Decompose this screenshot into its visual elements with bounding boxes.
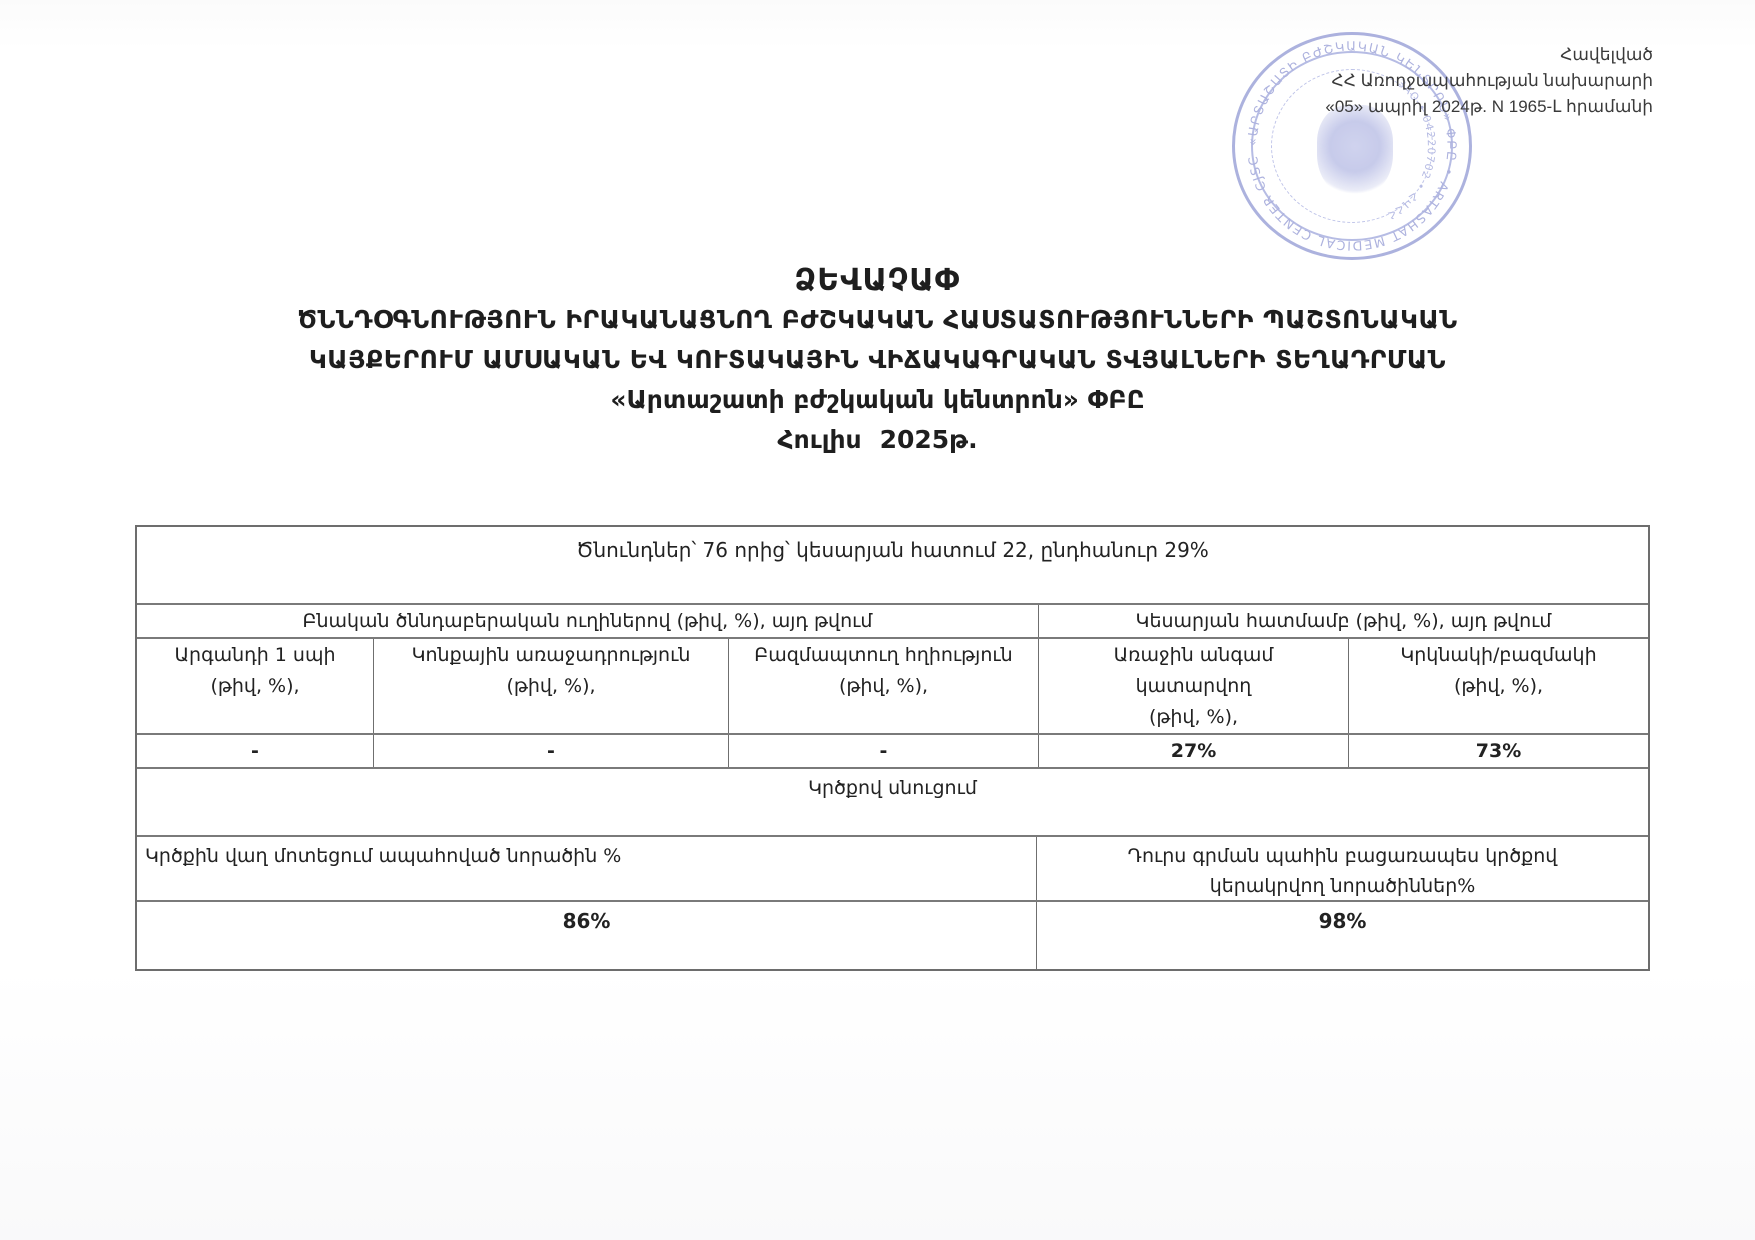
sub-header-label: Արգանդի 1 սպի: [137, 640, 373, 671]
value-first-cesarean: 27%: [1039, 735, 1349, 767]
sub-header-label: Կոնքային առաջադրություն: [374, 640, 728, 671]
approval-line-3: «05» ապրիլ 2024թ. N 1965-Լ հրամանի: [1325, 94, 1653, 120]
births-summary-row: Ծնունդներ՝ 76 որից՝ կեսարյան հատում 22, …: [137, 527, 1648, 605]
value-uterine-scar: -: [137, 735, 374, 767]
value-multiple-pregnancy: -: [729, 735, 1039, 767]
sub-header-repeat-cesarean: Կրկնակի/բազմակի (թիվ, %),: [1349, 639, 1648, 733]
breastfeeding-header-row: Կրծքին վաղ մոտեցում ապահոված նորածին % Դ…: [137, 837, 1648, 902]
sub-header-multiple-pregnancy: Բազմապտուղ հղիություն (թիվ, %),: [729, 639, 1039, 733]
value-breech: -: [374, 735, 729, 767]
report-year: 2025թ.: [880, 425, 978, 454]
sub-header-label: Բազմապտուղ հղիություն: [729, 640, 1038, 671]
sub-header-unit: (թիվ, %),: [1349, 671, 1648, 702]
sub-header-unit: (թիվ, %),: [137, 671, 373, 702]
report-month: Հուլիս: [777, 425, 861, 454]
early-contact-value: 86%: [137, 902, 1037, 969]
exclusive-header-line-1: Դուրս գրման պահին բացառապես կրծքով: [1037, 841, 1648, 871]
approval-line-2: ՀՀ Առողջապահության նախարարի: [1325, 68, 1653, 94]
values-row: - - - 27% 73%: [137, 735, 1648, 769]
births-summary-cell: Ծնունդներ՝ 76 որից՝ կեսարյան հատում 22, …: [137, 527, 1648, 603]
group-header-row: Բնական ծննդաբերական ուղիներով (թիվ, %), …: [137, 605, 1648, 639]
sub-header-uterine-scar: Արգանդի 1 սպի (թիվ, %),: [137, 639, 374, 733]
breastfeeding-title: Կրծքով սնուցում: [137, 769, 1648, 835]
statistics-table: Ծնունդներ՝ 76 որից՝ կեսարյան հատում 22, …: [135, 525, 1650, 971]
breastfeeding-title-row: Կրծքով սնուցում: [137, 769, 1648, 837]
sub-header-unit: (թիվ, %),: [1039, 702, 1348, 733]
sub-header-unit: (թիվ, %),: [374, 671, 728, 702]
sub-header-row: Արգանդի 1 սպի (թիվ, %), Կոնքային առաջադր…: [137, 639, 1648, 735]
cesarean-header: Կեսարյան հատմամբ (թիվ, %), այդ թվում: [1039, 605, 1648, 637]
document-title-block: ՁԵՎԱՉԱՓ ԾՆՆԴՕԳՆՈՒԹՅՈՒՆ ԻՐԱԿԱՆԱՑՆՈՂ ԲԺՇԿԱ…: [0, 262, 1755, 460]
title-line-1: ԾՆՆԴՕԳՆՈՒԹՅՈՒՆ ԻՐԱԿԱՆԱՑՆՈՂ ԲԺՇԿԱԿԱՆ ՀԱՍՏ…: [0, 300, 1755, 340]
approval-note: Հավելված ՀՀ Առողջապահության նախարարի «05…: [1325, 42, 1653, 120]
exclusive-breastfeeding-value: 98%: [1037, 902, 1648, 969]
exclusive-breastfeeding-header: Դուրս գրման պահին բացառապես կրծքով կերակ…: [1037, 837, 1648, 900]
early-contact-header: Կրծքին վաղ մոտեցում ապահոված նորածին %: [137, 837, 1037, 900]
value-repeat-cesarean: 73%: [1349, 735, 1648, 767]
organization-name: «Արտաշատի բժշկական կենտրոն» ՓԲԸ: [0, 380, 1755, 420]
sub-header-unit: (թիվ, %),: [729, 671, 1038, 702]
title-line-2: ԿԱՅՔԵՐՈՒՄ ԱՄՍԱԿԱՆ ԵՎ ԿՈՒՏԱԿԱՅԻՆ ՎԻՃԱԿԱԳՐ…: [0, 340, 1755, 380]
sub-header-label: Կրկնակի/բազմակի: [1349, 640, 1648, 671]
approval-line-1: Հավելված: [1325, 42, 1653, 68]
sub-header-first-cesarean: Առաջին անգամ կատարվող (թիվ, %),: [1039, 639, 1349, 733]
breastfeeding-values-row: 86% 98%: [137, 902, 1648, 969]
form-title: ՁԵՎԱՉԱՓ: [0, 262, 1755, 300]
sub-header-label-cont: կատարվող: [1039, 671, 1348, 702]
sub-header-breech: Կոնքային առաջադրություն (թիվ, %),: [374, 639, 729, 733]
exclusive-header-line-2: կերակրվող նորածիններ%: [1037, 871, 1648, 901]
sub-header-label: Առաջին անգամ: [1039, 640, 1348, 671]
report-period: Հուլիս2025թ.: [0, 420, 1755, 460]
natural-birth-header: Բնական ծննդաբերական ուղիներով (թիվ, %), …: [137, 605, 1039, 637]
